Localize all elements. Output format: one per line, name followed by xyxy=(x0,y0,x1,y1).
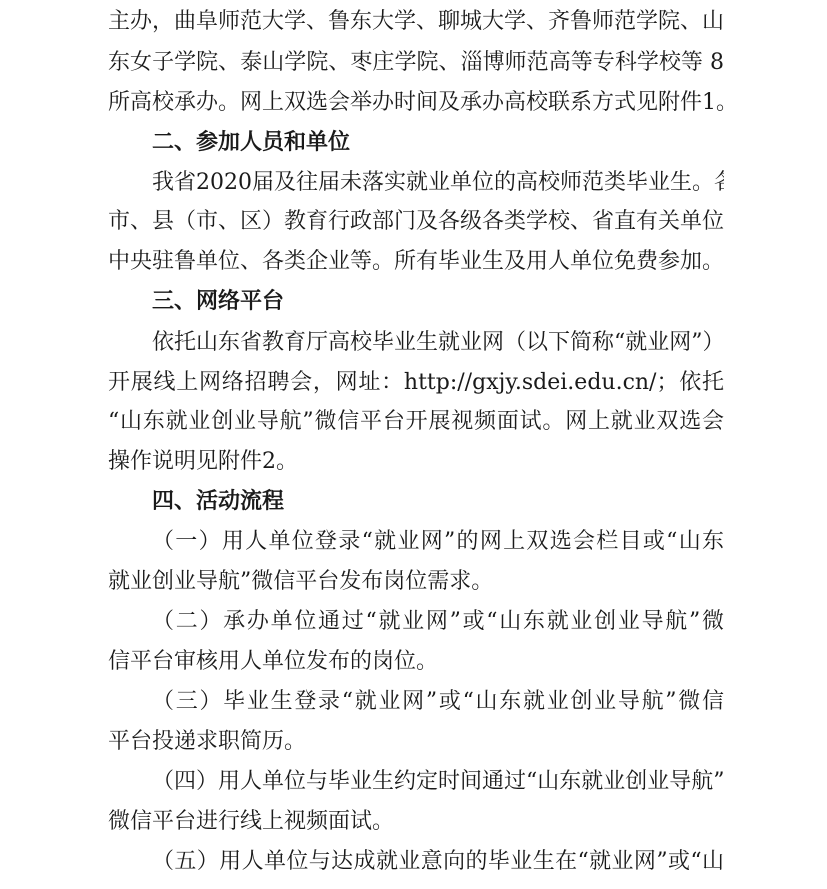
step-line: 微信平台进行线上视频面试。 xyxy=(108,802,724,842)
step-line: （五）用人单位与达成就业意向的毕业生在“就业网”或“山 xyxy=(152,842,724,882)
section-heading-participants: 二、参加人员和单位 xyxy=(152,123,724,163)
step-line: 平台投递求职简历。 xyxy=(108,722,724,762)
section-heading-process: 四、活动流程 xyxy=(152,482,724,522)
text-line: 主办，曲阜师范大学、鲁东大学、聊城大学、齐鲁师范学院、山 xyxy=(108,2,724,42)
step-line: （二）承办单位通过“就业网”或“山东就业创业导航”微 xyxy=(152,602,724,642)
document-page: 主办，曲阜师范大学、鲁东大学、聊城大学、齐鲁师范学院、山 东女子学院、泰山学院、… xyxy=(0,0,827,889)
text-line: 市、县（市、区）教育行政部门及各级各类学校、省直有关单位、 xyxy=(108,202,724,242)
step-line: 就业创业导航”微信平台发布岗位需求。 xyxy=(108,562,724,602)
text-line: 操作说明见附件2。 xyxy=(108,442,724,482)
text-line: “山东就业创业导航”微信平台开展视频面试。网上就业双选会 xyxy=(108,402,724,442)
step-line: 信平台审核用人单位发布的岗位。 xyxy=(108,642,724,682)
text-line: 我省2020届及往届未落实就业单位的高校师范类毕业生。各 xyxy=(152,163,724,203)
step-line: （三）毕业生登录“就业网”或“山东就业创业导航”微信 xyxy=(152,682,724,722)
text-line: 依托山东省教育厅高校毕业生就业网（以下简称“就业网”） xyxy=(152,323,724,363)
step-line: （一）用人单位登录“就业网”的网上双选会栏目或“山东 xyxy=(152,522,724,562)
step-line: （四）用人单位与毕业生约定时间通过“山东就业创业导航” xyxy=(152,762,724,802)
section-heading-platform: 三、网络平台 xyxy=(152,282,724,322)
text-line-url: 开展线上网络招聘会，网址：http://gxjy.sdei.edu.cn/；依托 xyxy=(108,363,724,403)
text-line: 东女子学院、泰山学院、枣庄学院、淄博师范高等专科学校等 8 xyxy=(108,43,724,83)
text-line: 所高校承办。网上双选会举办时间及承办高校联系方式见附件1。 xyxy=(108,83,724,123)
text-line: 中央驻鲁单位、各类企业等。所有毕业生及用人单位免费参加。 xyxy=(108,242,724,282)
